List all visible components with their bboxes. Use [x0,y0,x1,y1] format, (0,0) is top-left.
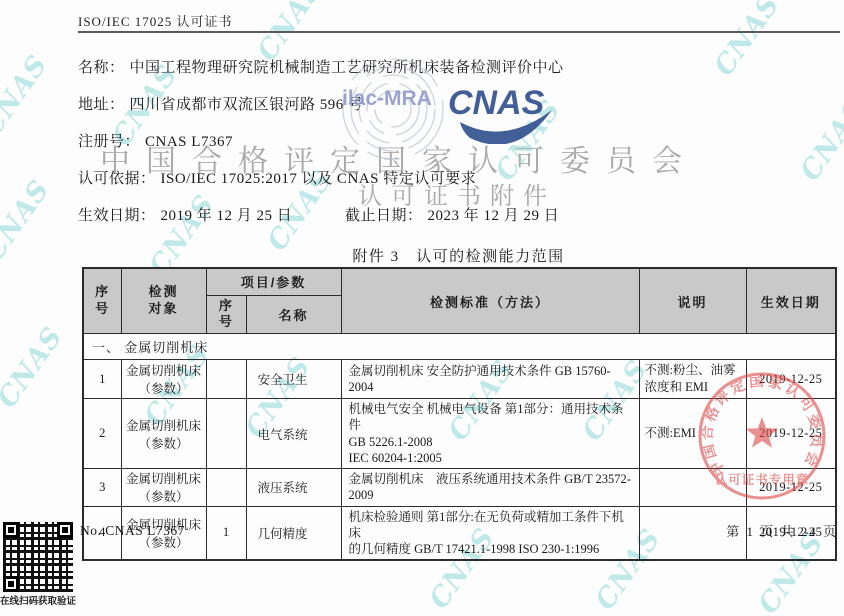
cell-param-no [206,469,246,507]
cell-standard: 金属切削机床 安全防护通用技术条件 GB 15760-2004 [341,360,639,399]
cell-standard: 金属切削机床 液压系统通用技术条件 GB/T 23572- 2009 [341,469,639,507]
cell-standard: 机床检验通则 第1部分:在无负荷或精加工条件下机床 的几何精度 GB/T 174… [341,506,639,560]
field-registration: 注册号：CNAS L7367 [78,130,233,151]
qr-finder-icon [3,576,19,592]
field-basis: 认可依据：ISO/IEC 17025:2017 以及 CNAS 特定认可要求 [78,167,476,188]
field-address-label: 地址： [78,97,125,113]
certificate-page: { "colors":{ "seal":"#e04b4b","wm-tile":… [0,0,844,616]
cell-no: 3 [83,469,121,507]
col-header-param-no-text: 序号 [219,298,233,332]
col-header-param-no: 序号 [206,295,246,334]
field-end-value: 2023 年 12 月 29 日 [428,208,560,224]
field-name: 名称：中国工程物理研究院机械制造工艺研究所机床装备检测评价中心 [78,56,564,77]
col-header-object: 检测对象 [121,268,206,334]
cell-object: 金属切削机床 （参数） [121,469,206,507]
cell-param-name: 安全卫生 [246,360,341,399]
field-end: 截止日期：2023 年 12 月 29 日 [345,204,559,225]
header-divider [78,31,840,33]
cell-param-name: 液压系统 [246,469,341,507]
field-start-value: 2019 年 12 月 25 日 [161,208,293,224]
field-start-label: 生效日期： [78,208,156,224]
field-registration-label: 注册号： [78,134,140,150]
col-header-no: 序号 [83,268,121,334]
red-seal: 中国合格评定国家认可委员会 认可证书专用章 [694,368,830,504]
attachment-title: 附件 3 认可的检测能力范围 [82,245,835,266]
field-basis-label: 认可依据： [78,171,156,187]
seal-bottom-text: 认可证书专用章 [715,472,810,487]
field-basis-value: ISO/IEC 17025:2017 以及 CNAS 特定认可要求 [161,171,477,187]
field-dates: 生效日期：2019 年 12 月 25 日 截止日期：2023 年 12 月 2… [78,204,292,225]
page-number: 第 1 页 共 24 页 [726,521,838,540]
qr-finder-icon [57,522,73,538]
page-title: ISO/IEC 17025 认可证书 [78,11,233,30]
field-registration-value: CNAS L7367 [145,134,233,150]
qr-finder-icon [3,522,19,538]
cell-param-name: 电气系统 [246,399,341,469]
col-header-param-name: 名称 [246,295,341,334]
field-address: 地址：四川省成都市双流区银河路 596 号 [78,93,364,114]
cell-object: 金属切削机床 （参数） [121,399,206,469]
col-header-standard: 检测标准（方法） [341,268,639,334]
col-header-object-text: 检测对象 [148,284,179,318]
qr-code [3,522,73,592]
field-end-label: 截止日期： [345,208,423,224]
cell-param-no: 1 [206,506,246,560]
col-header-no-text: 序号 [95,284,109,318]
field-address-value: 四川省成都市双流区银河路 596 号 [130,97,364,113]
col-header-date: 生效日期 [746,268,836,334]
cell-standard: 机械电气安全 机械电气设备 第1部分：通用技术条件 GB 5226.1-2008… [341,399,639,469]
certificate-number: No. CNAS L7367 [80,523,185,539]
field-name-label: 名称： [78,60,125,76]
cell-object: 金属切削机床 （参数） [121,360,206,399]
col-header-param-group: 项目/参数 [206,268,341,295]
qr-caption: 在线扫码获取验证 [0,593,82,607]
cell-no: 2 [83,399,121,469]
col-header-note: 说明 [639,268,746,334]
field-name-value: 中国工程物理研究院机械制造工艺研究所机床装备检测评价中心 [130,60,564,76]
section-row: 一、 金属切削机床 [83,334,836,360]
table-row: 4 金属切削机床 （参数） 1 几何精度 机床检验通则 第1部分:在无负荷或精加… [83,506,836,560]
cell-param-no [206,399,246,469]
cell-param-no [206,360,246,399]
seal-star-icon [746,417,778,448]
cell-param-name: 几何精度 [246,506,341,560]
cell-no: 1 [83,360,121,399]
